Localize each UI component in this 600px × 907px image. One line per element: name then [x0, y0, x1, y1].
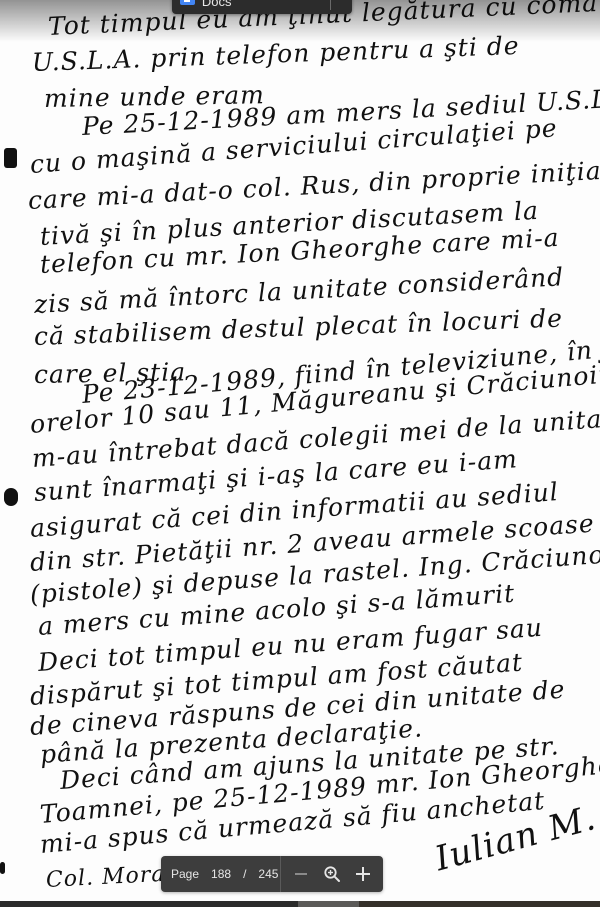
open-with-label: Open with Google Docs	[202, 0, 322, 9]
zoom-controls	[281, 860, 383, 888]
page-controls-bar: Page 188 / 245	[161, 856, 383, 892]
zoom-out-button[interactable]	[287, 860, 315, 888]
open-with-button-group: Open with Google Docs	[172, 0, 352, 14]
minus-icon	[295, 873, 307, 875]
scrollbar-thumb[interactable]	[298, 901, 359, 907]
margin-mark	[0, 862, 5, 874]
total-pages: 245	[258, 867, 278, 881]
google-docs-icon	[180, 0, 195, 5]
scanned-page: Tot timpul eu am ţinut legătura cu coman…	[0, 0, 600, 901]
zoom-in-button[interactable]	[349, 860, 377, 888]
current-page-number[interactable]: 188	[211, 867, 231, 881]
page-indicator: Page 188 / 245	[161, 867, 280, 881]
open-with-dropdown-button[interactable]	[331, 0, 352, 14]
margin-mark	[4, 488, 18, 506]
margin-mark	[4, 148, 17, 168]
horizontal-scrollbar	[0, 901, 600, 907]
page-label: Page	[171, 867, 199, 881]
document-viewer: Tot timpul eu am ţinut legătura cu coman…	[0, 0, 600, 907]
plus-icon	[356, 867, 370, 881]
zoom-magnifier-icon	[323, 865, 341, 883]
page-separator: /	[243, 867, 246, 881]
zoom-reset-button[interactable]	[318, 860, 346, 888]
open-with-google-docs-button[interactable]: Open with Google Docs	[172, 0, 322, 14]
